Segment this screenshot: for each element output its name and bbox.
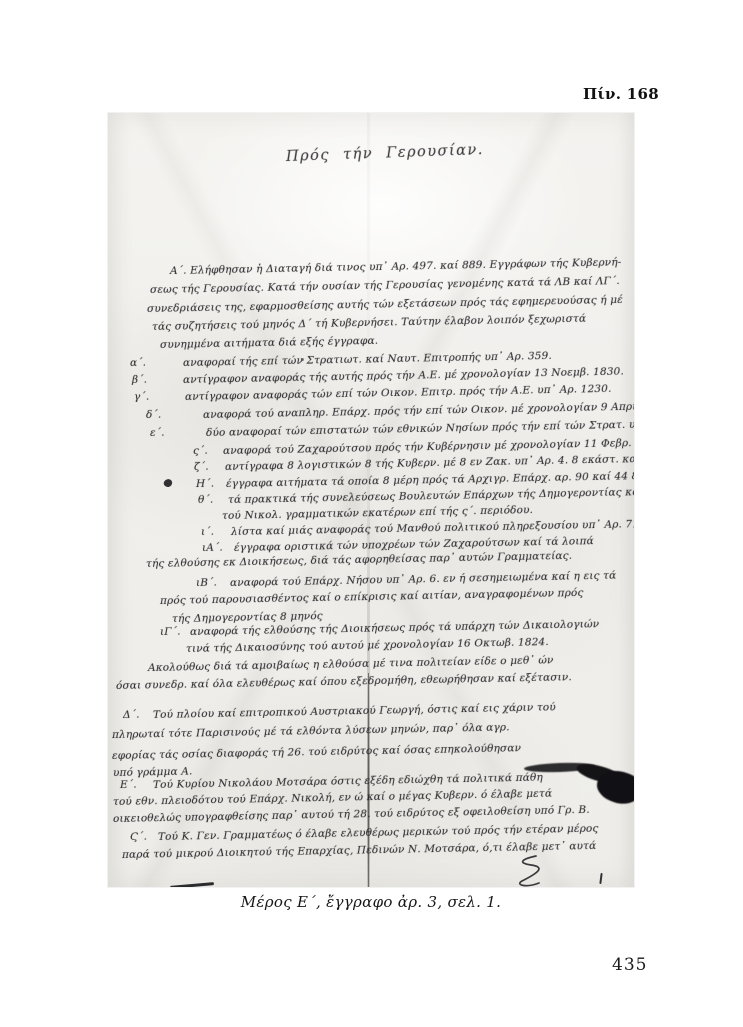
manuscript-line: Δ΄. bbox=[123, 709, 140, 721]
manuscript-line: συνημμένα αιτήματα διά εξής έγγραφα. bbox=[160, 335, 378, 351]
signature-flourish bbox=[506, 853, 554, 887]
manuscript-line: Τού πλοίου καί επιτροπικού Αυστριακού Γε… bbox=[153, 701, 556, 721]
manuscript-line: Ϛ΄. bbox=[130, 831, 147, 843]
manuscript-line: ζ΄. bbox=[194, 461, 209, 473]
page-number: 435 bbox=[612, 955, 647, 975]
manuscript-line: σεως τής Γερουσίας. Κατά τήν ουσίαν τής … bbox=[150, 275, 620, 296]
figure-caption: Μέρος Ε΄, ἔγγραφο ἀρ. 3, σελ. 1. bbox=[108, 893, 634, 911]
ink-speck bbox=[163, 478, 174, 489]
plate-label: Πίν. 168 bbox=[583, 85, 659, 103]
manuscript-line: α΄. bbox=[130, 357, 146, 369]
manuscript-line: ιΒ΄. bbox=[196, 577, 217, 589]
manuscript-line: αντίγραφον αναφοράς τών επί τών Οικον. Ε… bbox=[185, 383, 612, 403]
manuscript-line: συνεδριάσεις της, εφαρμοσθείσης αυτής τώ… bbox=[147, 294, 623, 315]
manuscript-line: αναφορά τού Επάρχ. Νήσου υπ᾽ Αρ. 6. εν ή… bbox=[230, 570, 617, 589]
manuscript-line: τού Νικολ. γραμματικών εκατέρων επί τής … bbox=[222, 504, 533, 522]
manuscript-line: Ε΄. bbox=[120, 779, 137, 791]
manuscript-line: β΄. bbox=[132, 374, 147, 386]
manuscript-line: εφορίας τάς οσίας διαφοράς τή 26. τού ει… bbox=[112, 742, 521, 762]
manuscript-line: ι΄. bbox=[201, 526, 214, 538]
manuscript-line: ιΑ΄. bbox=[202, 542, 223, 554]
manuscript-line: όσαι συνεδρ. καί όλα ελευθέρως καί όπου … bbox=[116, 671, 572, 692]
manuscript-photo: Πρός τήν Γερουσίαν. Α΄. Ελήφθησαν ἡ Διατ… bbox=[108, 113, 634, 887]
manuscript-line: υπό γράμμα Α. bbox=[113, 765, 193, 779]
manuscript-line: Ακολούθως διά τά αμοιβαίως η ελθούσα μέ … bbox=[148, 654, 554, 674]
manuscript-heading: Πρός τήν Γερουσίαν. bbox=[286, 142, 484, 165]
ink-speck bbox=[301, 358, 304, 361]
manuscript-line: οικειοθελώς υπογραφθείσης παρ᾽ αυτού τή … bbox=[113, 804, 590, 825]
manuscript-line: αναφορά τού αναπληρ. Επάρχ. πρός τήν επί… bbox=[203, 400, 634, 421]
manuscript-line: Α΄. Ελήφθησαν ἡ Διαταγή διά τινος υπ᾽ Αρ… bbox=[170, 256, 622, 277]
manuscript-line: δ΄. bbox=[146, 409, 162, 421]
manuscript-line: Τού Κ. Γεν. Γραμματέως ό έλαβε ελευθέρως… bbox=[158, 823, 599, 843]
manuscript-line: Η΄. bbox=[196, 478, 214, 490]
manuscript-line: θ΄. bbox=[198, 494, 214, 506]
manuscript-line: πρός τού παρουσιασθέντος καί ο επίκρισις… bbox=[160, 587, 584, 607]
manuscript-line: γ΄. bbox=[134, 391, 150, 403]
manuscript-line: ιΓ΄. bbox=[160, 626, 181, 638]
manuscript-line: τάς συζητήσεις τού μηνός Δ΄ τή Κυβερνήσε… bbox=[152, 313, 586, 333]
pen-tick-mark bbox=[599, 873, 602, 884]
manuscript-line: τινά τής Δικαιοσύνης τού αυτού μέ χρονολ… bbox=[186, 636, 549, 655]
manuscript-line: πληρωταί τότε Παρισινούς μέ τά ελθόντα λ… bbox=[112, 721, 510, 741]
manuscript-line: ε΄. bbox=[150, 427, 165, 439]
manuscript-line: δύο αναφοραί τών επιστατών τών εθνικών Ν… bbox=[206, 417, 634, 439]
manuscript-line: τής Δημογεροντίας 8 μηνός bbox=[172, 610, 323, 625]
manuscript-line: ς΄. bbox=[193, 445, 208, 457]
pen-dash-mark bbox=[170, 882, 214, 887]
manuscript-line: αναφοραί τής επί τών Στρατιωτ. καί Ναυτ.… bbox=[183, 350, 552, 369]
